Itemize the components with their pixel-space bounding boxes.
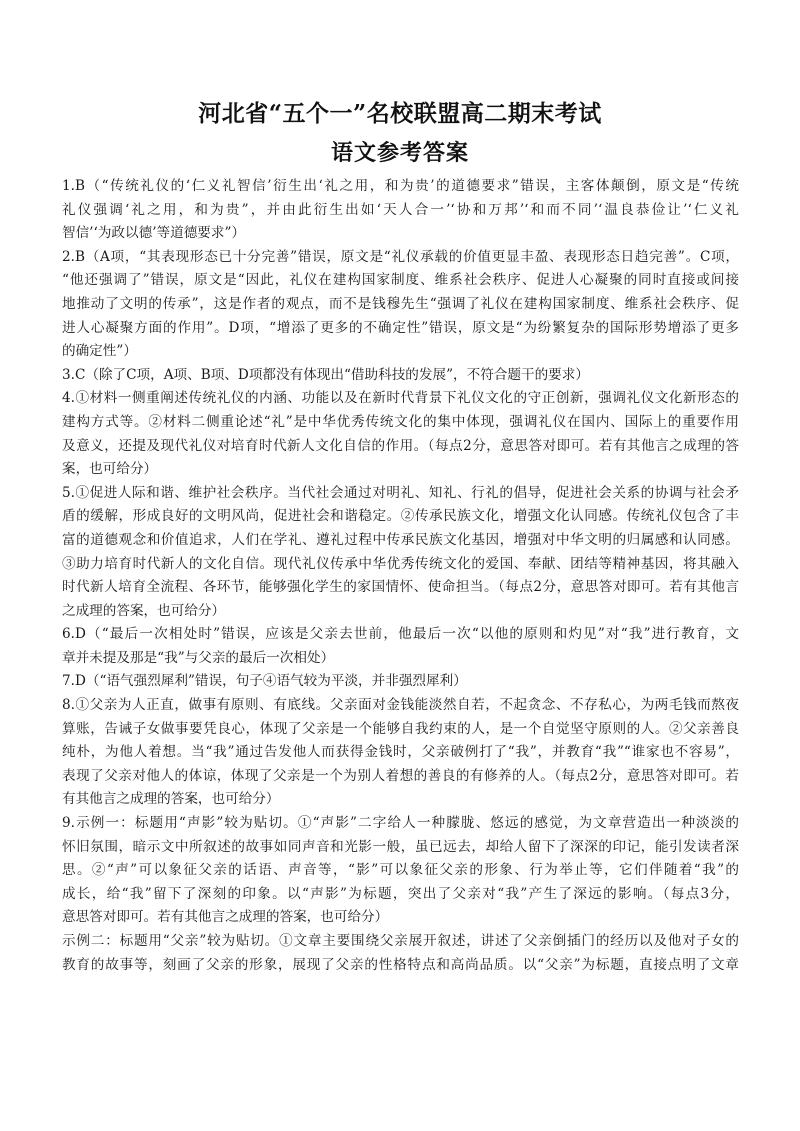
text-line: 礼仪强调‘礼之用，和为贵”，并由此衍生出如‘天人合一’‘协和万邦’‘和而不同’‘… <box>62 199 739 223</box>
text-line: 6.D（“最后一次相处时”错误，应该是父亲去世前，他最后一次“以他的原则和灼见”… <box>62 623 739 647</box>
text-line: 意思答对即可。若有其他言之成理的答案，也可给分） <box>62 906 739 930</box>
text-line: 的确定性”） <box>62 340 739 364</box>
text-line: 成长，给“我”留下了深刻的印象。以“声影”为标题，突出了父亲对“我”产生了深远的… <box>62 883 739 907</box>
text-line: 富的道德观念和价值追求，人们在学礼、遵礼过程中传承民族文化基因，增强对中华文明的… <box>62 529 739 553</box>
text-line: 建构方式等。②材料二侧重论述“礼”是中华优秀传统文化的集中体现，强调礼仪在国内、… <box>62 411 739 435</box>
text-line: 9.示例一：标题用“声影”较为贴切。①“声影”二字给人一种朦胧、悠远的感觉，为文… <box>62 812 739 836</box>
answer-body: 1.B（“传统礼仪的‘仁义礼智信’衍生出‘礼之用，和为贵’的道德要求”错误，主客… <box>62 175 739 977</box>
text-line: 有其他言之成理的答案，也可给分） <box>62 788 739 812</box>
text-line: 时代新人培育全流程、各环节，能够强化学生的家国情怀、使命担当。（每点2分，意思答… <box>62 576 739 600</box>
text-line: 怀旧氛围，暗示文中所叙述的故事如同声音和光影一般，虽已远去，却给人留下了深深的印… <box>62 836 739 860</box>
text-line: 智信’‘为政以德’等道德要求”） <box>62 222 739 246</box>
text-line: 及意义，还提及现代礼仪对培育时代新人文化自信的作用。（每点2分，意思答对即可。若… <box>62 435 739 459</box>
text-line: 算账，告诫子女做事要凭良心，体现了父亲是一个能够自我约束的人，是一个自觉坚守原则… <box>62 718 739 742</box>
text-line: 思。②“声”可以象征父亲的话语、声音等，“影”可以象征父亲的形象、行为举止等，它… <box>62 859 739 883</box>
document-title: 河北省“五个一”名校联盟高二期末考试 <box>0 95 800 128</box>
text-line: 8.①父亲为人正直，做事有原则、有底线。父亲面对金钱能淡然自若，不起贪念、不存私… <box>62 694 739 718</box>
text-line: 之成理的答案，也可给分） <box>62 600 739 624</box>
text-line: 5.①促进人际和谐、维护社会秩序。当代社会通过对明礼、知礼、行礼的倡导，促进社会… <box>62 482 739 506</box>
text-line: ③助力培育时代新人的文化自信。现代礼仪传承中华优秀传统文化的爱国、奉献、团结等精… <box>62 553 739 577</box>
text-line: 进人心凝聚方面的作用”。D项，“增添了更多的不确定性”错误，原文是“为纷繁复杂的… <box>62 317 739 341</box>
text-line: “他还强调了”错误，原文是“因此，礼仪在建构国家制度、维系社会秩序、促进人心凝聚… <box>62 269 739 293</box>
text-line: 表现了父亲对他人的体谅，体现了父亲是一个为别人着想的善良的有修养的人。（每点2分… <box>62 765 739 789</box>
text-line: 示例二：标题用“父亲”较为贴切。①文章主要围绕父亲展开叙述，讲述了父亲倒插门的经… <box>62 930 739 954</box>
document-subtitle: 语文参考答案 <box>0 136 800 167</box>
text-line: 案，也可给分） <box>62 458 739 482</box>
text-line: 4.①材料一侧重阐述传统礼仪的内涵、功能以及在新时代背景下礼仪文化的守正创新，强… <box>62 387 739 411</box>
text-line: 纯朴，为他人着想。当“我”通过告发他人而获得金钱时，父亲破例打了“我”，并教育“… <box>62 741 739 765</box>
text-line: 1.B（“传统礼仪的‘仁义礼智信’衍生出‘礼之用，和为贵’的道德要求”错误，主客… <box>62 175 739 199</box>
text-line: 3.C（除了C项，A项、B项、D项都没有体现出“借助科技的发展”，不符合题干的要… <box>62 364 739 388</box>
text-line: 地推动了文明的传承”，这是作者的观点，而不是钱穆先生“强调了礼仪在建构国家制度、… <box>62 293 739 317</box>
text-line: 章并未提及那是“我”与父亲的最后一次相处） <box>62 647 739 671</box>
text-line: 盾的缓解，形成良好的文明风尚，促进社会和谐稳定。②传承民族文化，增强文化认同感。… <box>62 505 739 529</box>
text-line: 教育的故事等，刻画了父亲的形象，展现了父亲的性格特点和高尚品质。以“父亲”为标题… <box>62 954 739 978</box>
text-line: 7.D（“语气强烈犀利”错误，句子④语气较为平淡，并非强烈犀利） <box>62 670 739 694</box>
text-line: 2.B（A项，“其表现形态已十分完善”错误，原文是“礼仪承载的价值更显丰盈、表现… <box>62 246 739 270</box>
